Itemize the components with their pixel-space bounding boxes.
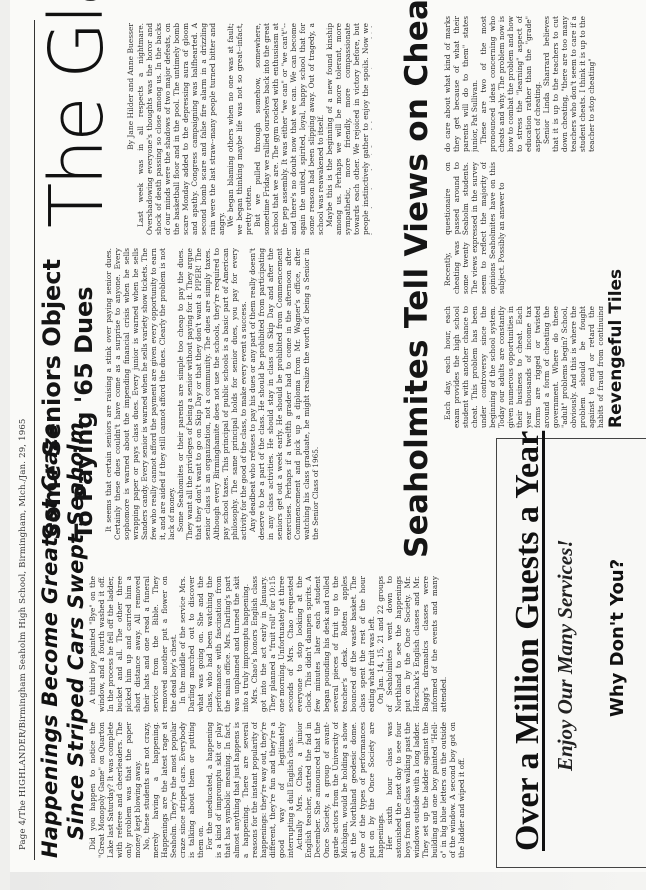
seniors-paragraph: Some Seahomites or their parents are sim…	[176, 248, 248, 540]
happenings-paragraph: For the uneducated, a happening is a kin…	[205, 722, 295, 858]
glass-eye-byline: By Jane Hilder and Anne Buesser	[126, 23, 135, 235]
cheating-paragraph: do care about what kind of marks they ge…	[443, 16, 479, 152]
glass-eye-paragraph: We began blaming others when no one was …	[226, 23, 253, 235]
cheating-paragraph: Senior Linda Sharrard believes that it i…	[542, 16, 596, 152]
happenings-headline-line1: Happenings Become Greatest Craze	[40, 528, 61, 858]
glass-eye-body: Last week was in all respects a nightmar…	[136, 23, 372, 235]
scan-edge-left	[0, 872, 646, 890]
ad-subtitle: Enjoy Our Many Services!	[553, 539, 578, 771]
cheating-paragraph: These are two of the most pronounced ide…	[479, 16, 542, 152]
cheating-paragraph: Recently, questionaire on cheating was p…	[443, 162, 506, 294]
happenings-paragraph: On Jan. 14, 15, 21 and 22 groups of Seah…	[376, 576, 448, 712]
happenings-paragraph: In the middle of the service Mrs. Darlin…	[178, 576, 250, 712]
happenings-paragraph: A third boy painted "Bye" on the window,…	[88, 576, 178, 712]
cheating-column-3: do care about what kind of marks they ge…	[443, 16, 646, 152]
glass-eye-masthead: The Glass Eye	[40, 0, 114, 228]
running-head: Page 4/The HIGHLANDER/Birmingham Seaholm…	[18, 250, 28, 850]
happenings-paragraph: No, these students are not crazy, merely…	[142, 722, 205, 858]
glass-eye-paragraph: Maybe this is the beginning of a new fou…	[325, 23, 372, 235]
happenings-paragraph: Her sixth hour class was astonished the …	[385, 722, 466, 858]
seniors-headline: Some Seniors Object To Paying '65 Dues	[40, 240, 96, 540]
scan-edge-top	[0, 0, 10, 890]
ad-title: Over a Million Guests a Year	[509, 431, 547, 851]
happenings-column-2: A third boy painted "Bye" on the window,…	[88, 576, 488, 712]
cheating-headline: Seaholmites Tell Views on Cheating	[402, 0, 433, 558]
happenings-column-1: Did you happen to notice the "Great Mono…	[88, 722, 488, 858]
cheating-column-2: Recently, questionaire on cheating was p…	[443, 162, 646, 294]
happenings-paragraph: Mrs. Chao's honors English class got int…	[250, 576, 376, 712]
newspaper-page: Page 4/The HIGHLANDER/Birmingham Seaholm…	[0, 0, 646, 890]
happenings-paragraph: Actually Mrs. Chao, a junior English tea…	[295, 722, 385, 858]
cheating-paragraph: Each day, each hour, each exam provides …	[443, 306, 603, 428]
happenings-headline: Happenings Become Greatest Craze Since S…	[40, 528, 87, 858]
seniors-headline-line1: Some Seniors Object	[40, 240, 64, 540]
seniors-paragraph: Any deadbeat who refuses to pay his dues…	[248, 248, 320, 540]
advertisement-box: Over a Million Guests a Year Enjoy Our M…	[496, 438, 646, 868]
seniors-headline-line2: To Paying '65 Dues	[72, 240, 96, 540]
seniors-paragraph: It seems that certain seniors are raisin…	[104, 248, 176, 540]
happenings-paragraph: Did you happen to notice the "Great Mono…	[88, 722, 142, 858]
glass-eye-paragraph: Last week was in all respects a nightmar…	[136, 23, 226, 235]
ad-call-to-action: Why Don't You?	[607, 559, 628, 717]
happenings-headline-line2: Since Striped Cars Swept Seaholm	[66, 528, 87, 858]
glass-eye-paragraph: But we pulled through somehow, somewhere…	[253, 23, 325, 235]
cheating-column-1: Each day, each hour, each exam provides …	[443, 306, 603, 428]
